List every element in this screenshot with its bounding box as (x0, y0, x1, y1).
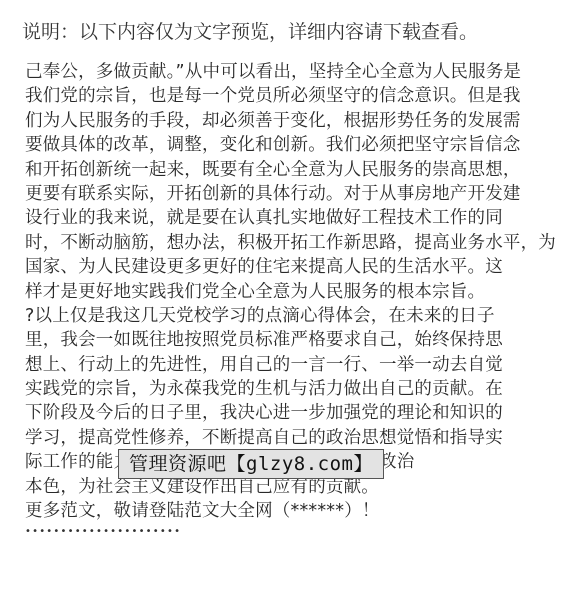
text-line: 国家、为人民建设更多更好的住宅来提高人民的生活水平。这 (25, 255, 565, 279)
text-line: 里，我会一如既往地按照党员标准严格要求自己，始终保持思 (25, 328, 565, 352)
text-line: 设行业的我来说，就是要在认真扎实地做好工程技术工作的同 (25, 206, 565, 230)
text-line: 下阶段及今后的日子里，我决心进一步加强党的理论和知识的 (25, 401, 565, 425)
text-line: 时，不断动脑筋，想办法，积极开拓工作新思路，提高业务水平，为 (25, 231, 565, 255)
text-line: ?以上仅是我这几天党校学习的点滴心得体会，在未来的日子 (25, 304, 565, 328)
text-line: 样才是更好地实践我们党全心全意为人民服务的根本宗旨。 (25, 280, 565, 304)
text-line: 学习，提高党性修养，不断提高自己的政治思想觉悟和指导实 (25, 426, 565, 450)
text-line: 更多范文，敬请登陆范文大全网（******）！ (25, 499, 565, 523)
text-line: 更要有联系实际，开拓创新的具体行动。对于从事房地产开发建 (25, 182, 565, 206)
text-line: 想上、行动上的先进性，用自己的一言一行、一举一动去自觉 (25, 353, 565, 377)
text-line: 实践党的宗旨，为永葆我党的生机与活力做出自己的贡献。在 (25, 377, 565, 401)
text-line: 和开拓创新统一起来，既要有全心全意为人民服务的崇高思想， (25, 158, 565, 182)
text-line: 我们党的宗旨，也是每一个党员所必须坚守的信念意识。但是我 (25, 84, 565, 108)
text-line: 要做具体的改革，调整，变化和创新。我们必须把坚守宗旨信念 (25, 133, 565, 157)
text-line: 们为人民服务的手段，却必须善于变化，根据形势任务的发展需 (25, 109, 565, 133)
text-line: 己奉公，多做贡献。”从中可以看出，坚持全心全意为人民服务是 (25, 60, 565, 84)
preview-notice: 说明：以下内容仅为文字预览，详细内容请下载查看。 (22, 17, 478, 44)
watermark-banner: 管理资源吧【glzy8.com】 (118, 449, 384, 479)
dotted-separator: •••••••••••••••••••••• (25, 525, 565, 539)
